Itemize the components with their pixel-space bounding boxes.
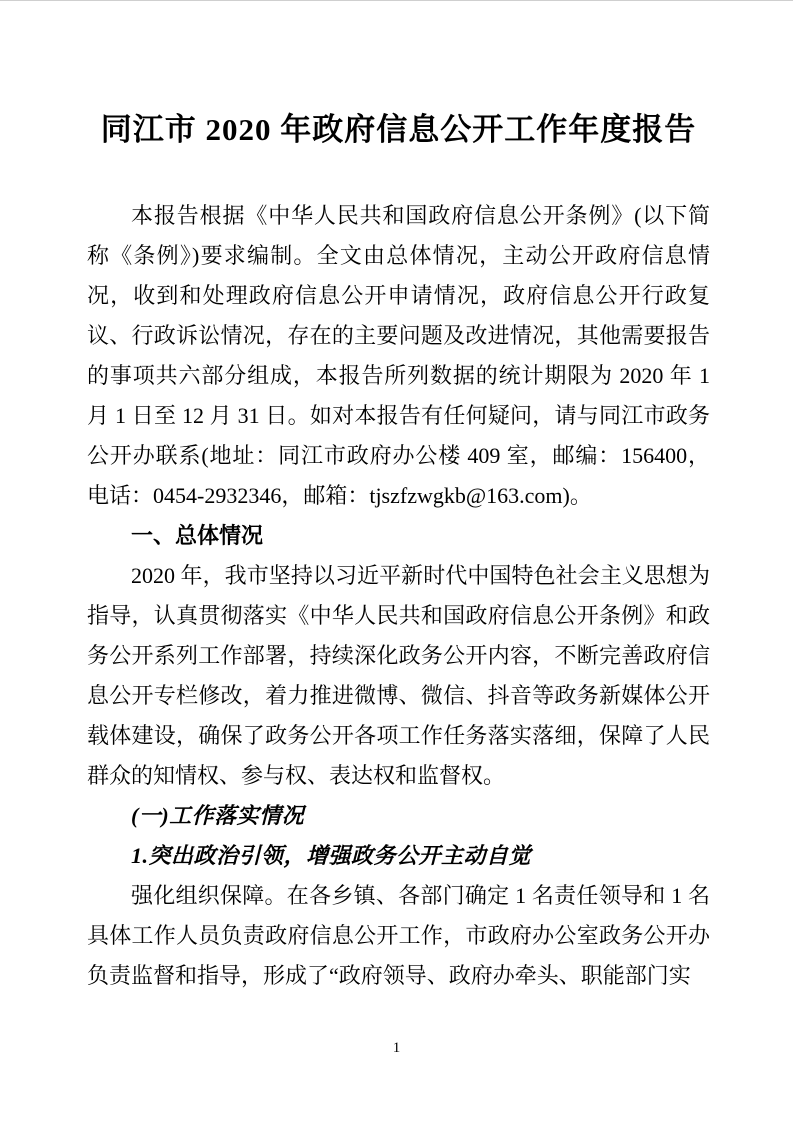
- document-title: 同江市 2020 年政府信息公开工作年度报告: [87, 1, 710, 153]
- document-content: 同江市 2020 年政府信息公开工作年度报告 本报告根据《中华人民共和国政府信息…: [0, 1, 793, 996]
- section-1-paragraph: 2020 年，我市坚持以习近平新时代中国特色社会主义思想为指导，认真贯彻落实《中…: [87, 556, 710, 796]
- intro-paragraph: 本报告根据《中华人民共和国政府信息公开条例》(以下简称《条例》)要求编制。全文由…: [87, 196, 710, 516]
- document-page: 同江市 2020 年政府信息公开工作年度报告 本报告根据《中华人民共和国政府信息…: [0, 0, 793, 1122]
- section-1-heading: 一、总体情况: [87, 516, 710, 556]
- subsection-1-item-1-heading: 1.突出政治引领，增强政务公开主动自觉: [87, 836, 710, 876]
- subsection-1-item-1-paragraph: 强化组织保障。在各乡镇、各部门确定 1 名责任领导和 1 名具体工作人员负责政府…: [87, 876, 710, 996]
- page-number: 1: [0, 1040, 793, 1056]
- subsection-1-heading: (一)工作落实情况: [87, 796, 710, 836]
